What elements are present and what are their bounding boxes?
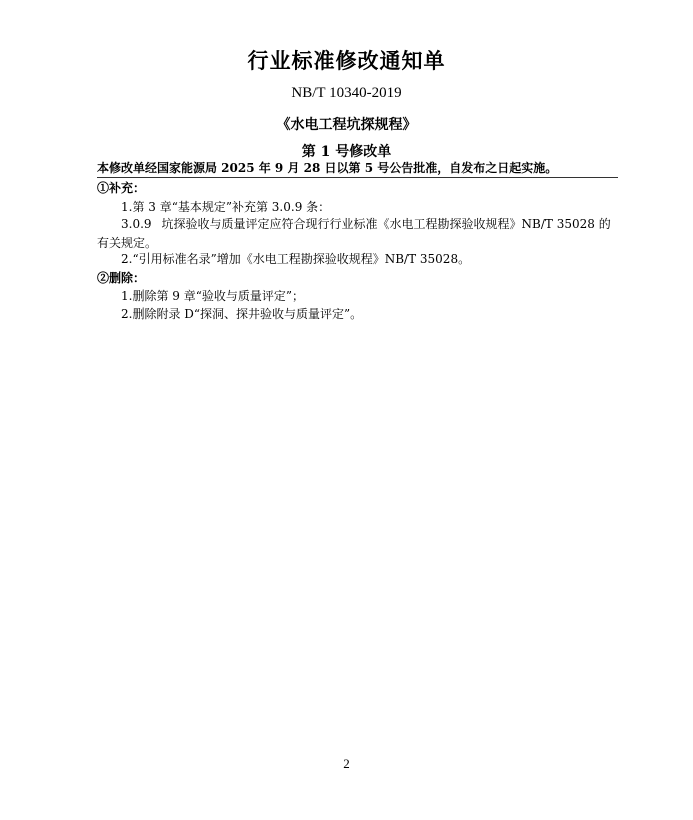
standard-name: 《水电工程坑探规程》 xyxy=(0,114,693,134)
supplement-item-1: 1.第 3 章“基本规定”补充第 3.0.9 条： xyxy=(121,199,330,215)
section-heading-delete: ②删除： xyxy=(97,270,145,286)
page-number: 2 xyxy=(0,756,693,772)
section-heading-supplement: ①补充： xyxy=(97,180,145,196)
document-page: 行业标准修改通知单 NB/T 10340-2019 《水电工程坑探规程》 第 1… xyxy=(0,0,693,820)
announcement-line: 本修改单经国家能源局 2025 年 9 月 28 日以第 5 号公告批准，自发布… xyxy=(97,161,618,178)
supplement-item-2: 2.“引用标准名录”增加《水电工程勘探验收规程》NB/T 35028。 xyxy=(121,251,470,267)
clause-number: 3.0.9 xyxy=(121,217,152,231)
delete-item-1: 1.删除第 9 章“验收与质量评定”； xyxy=(121,288,304,304)
standard-code: NB/T 10340-2019 xyxy=(0,85,693,102)
delete-item-2: 2.删除附录 D“探洞、探井验收与质量评定”。 xyxy=(121,306,362,322)
clause-text: 坑探验收与质量评定应符合现行行业标准《水电工程勘探验收规程》NB/T 35028… xyxy=(97,217,611,250)
amendment-number: 第 1 号修改单 xyxy=(0,141,693,161)
document-title: 行业标准修改通知单 xyxy=(0,45,693,75)
supplement-clause-3-0-9: 3.0.9坑探验收与质量评定应符合现行行业标准《水电工程勘探验收规程》NB/T … xyxy=(97,215,618,253)
